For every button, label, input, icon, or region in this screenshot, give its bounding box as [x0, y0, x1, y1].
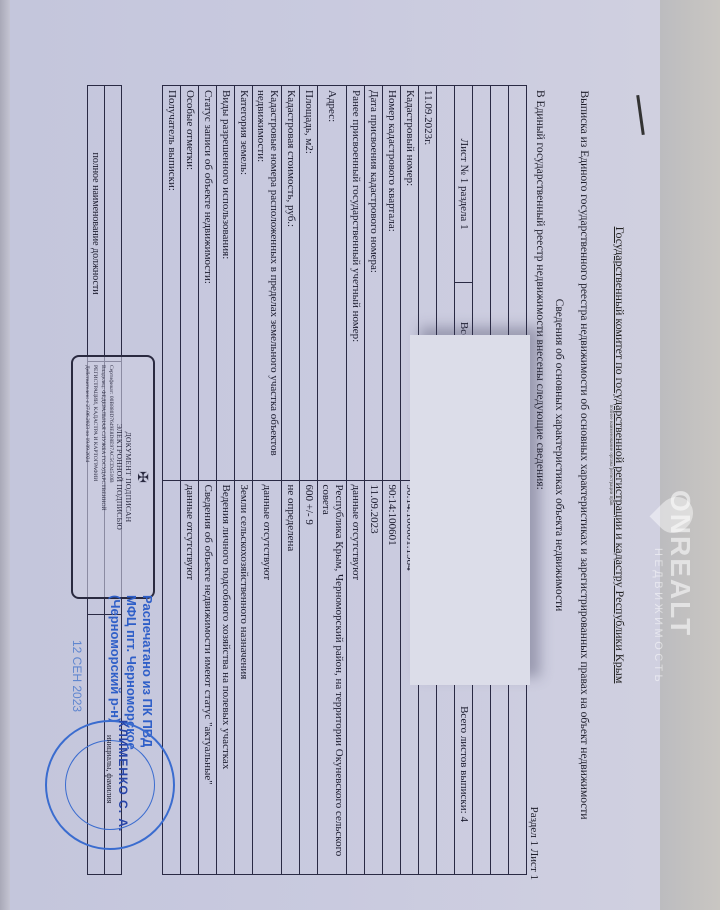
field-label: Кадастровые номера расположенных в преде… — [253, 86, 282, 481]
ecp-owner: Владелец: ФЕДЕРАЛЬНАЯ СЛУЖБА ГОСУДАРСТВЕ… — [99, 357, 107, 597]
field-value: не определена — [282, 480, 300, 875]
field-row: Особые отметки:данные отсутствуют — [181, 86, 199, 875]
signer-name: КЛИМЕНКО С. А. — [116, 720, 130, 832]
field-value: 90:14:100601 — [383, 480, 401, 875]
field-value: данные отсутствуют — [181, 480, 199, 875]
ecp-certificate: Сертификат: 00B880D7649E8D8E97AC5CD4510B — [107, 357, 115, 597]
document-title: Выписка из Единого государственного реес… — [578, 0, 590, 910]
registration-authority: Государственный комитет по государственн… — [612, 0, 627, 910]
field-label: Кадастровая стоимость, руб.: — [282, 86, 300, 481]
ecp-title-1: ДОКУМЕНТ ПОДПИСАН — [124, 357, 133, 597]
field-row: Кадастровые номера расположенных в преде… — [253, 86, 282, 875]
field-label: Адрес: — [318, 86, 347, 481]
field-row: Номер кадастрового квартала:90:14:100601 — [383, 86, 401, 875]
field-value: 11.09.2023 — [365, 480, 383, 875]
field-label: Площадь, м2: — [300, 86, 318, 481]
coat-of-arms-icon: ✠ — [133, 357, 149, 597]
document-rotated: ONREALT НЕДВИЖИМОСТЬ Государственный ком… — [0, 0, 720, 910]
mfc-stamp-line-1: Распечатано из ПК ПВД — [139, 595, 155, 750]
field-label: Особые отметки: — [181, 86, 199, 481]
field-value: Республика Крым, Черноморский район, на … — [318, 480, 347, 875]
registration-authority-caption: полное наименование органа регистрации п… — [608, 0, 613, 910]
sheet-number: Лист № 1 раздела 1 — [455, 86, 473, 283]
field-label: Получатель выписки: — [163, 86, 181, 481]
sheets-total: Всего листов выписки: 4 — [455, 654, 473, 875]
field-row: Статус записи об объекте недвижимости:Св… — [199, 86, 217, 875]
watermark-brand: ONREALT — [664, 490, 696, 637]
field-row: Категория земель:Земли сельскохозяйствен… — [235, 86, 253, 875]
field-label: Категория земель: — [235, 86, 253, 481]
field-value: Земли сельскохозяйственного назначения — [235, 480, 253, 875]
field-value: Ведения личного подсобного хозяйства на … — [217, 480, 235, 875]
field-label: Дата присвоения кадастрового номера: — [365, 86, 383, 481]
section-sheet-label: Раздел 1 Лист 1 — [528, 807, 540, 880]
watermark-tagline: НЕДВИЖИМОСТЬ — [652, 548, 664, 685]
initials-caption: инициалы, фамилия — [105, 735, 114, 803]
field-row: Дата присвоения кадастрового номера:11.0… — [365, 86, 383, 875]
field-value: 600 +/- 9 — [300, 480, 318, 875]
field-value: Сведения об объекте недвижимости имеют с… — [199, 480, 217, 875]
ecp-title-2: ЭЛЕКТРОННОЙ ПОДПИСЬЮ — [115, 357, 124, 597]
intro-text: В Единый государственный реестр недвижим… — [534, 90, 546, 490]
field-row: Виды разрешенного использования:Ведения … — [217, 86, 235, 875]
field-row: Кадастровая стоимость, руб.:не определен… — [282, 86, 300, 875]
field-value: данные отсутствуют — [253, 480, 282, 875]
ecp-validity: Действителен: с 27.06.2023 по 19.09.2024 — [83, 357, 91, 597]
signer-role-caption: полное наименование должности — [88, 86, 105, 362]
field-label: Статус записи об объекте недвижимости: — [199, 86, 217, 481]
field-value: данные отсутствуют — [347, 480, 365, 875]
ecp-owner-2: РЕГИСТРАЦИИ, КАДАСТРА И КАРТОГРАФИИ — [91, 357, 99, 597]
field-row: Ранее присвоенный государственный учетны… — [347, 86, 365, 875]
stamp-date: 12 СЕН 2023 — [70, 640, 84, 712]
field-label: Номер кадастрового квартала: — [383, 86, 401, 481]
covering-paper — [410, 335, 530, 685]
field-row: Адрес:Республика Крым, Черноморский райо… — [318, 86, 347, 875]
signer-role-cell — [105, 86, 122, 362]
field-row: Площадь, м2:600 +/- 9 — [300, 86, 318, 875]
electronic-signature-stamp: ✠ ДОКУМЕНТ ПОДПИСАН ЭЛЕКТРОННОЙ ПОДПИСЬЮ… — [71, 355, 155, 599]
section-title: Сведения об основных характеристиках объ… — [553, 0, 565, 910]
field-label: Ранее присвоенный государственный учетны… — [347, 86, 365, 481]
field-label: Виды разрешенного использования: — [217, 86, 235, 481]
